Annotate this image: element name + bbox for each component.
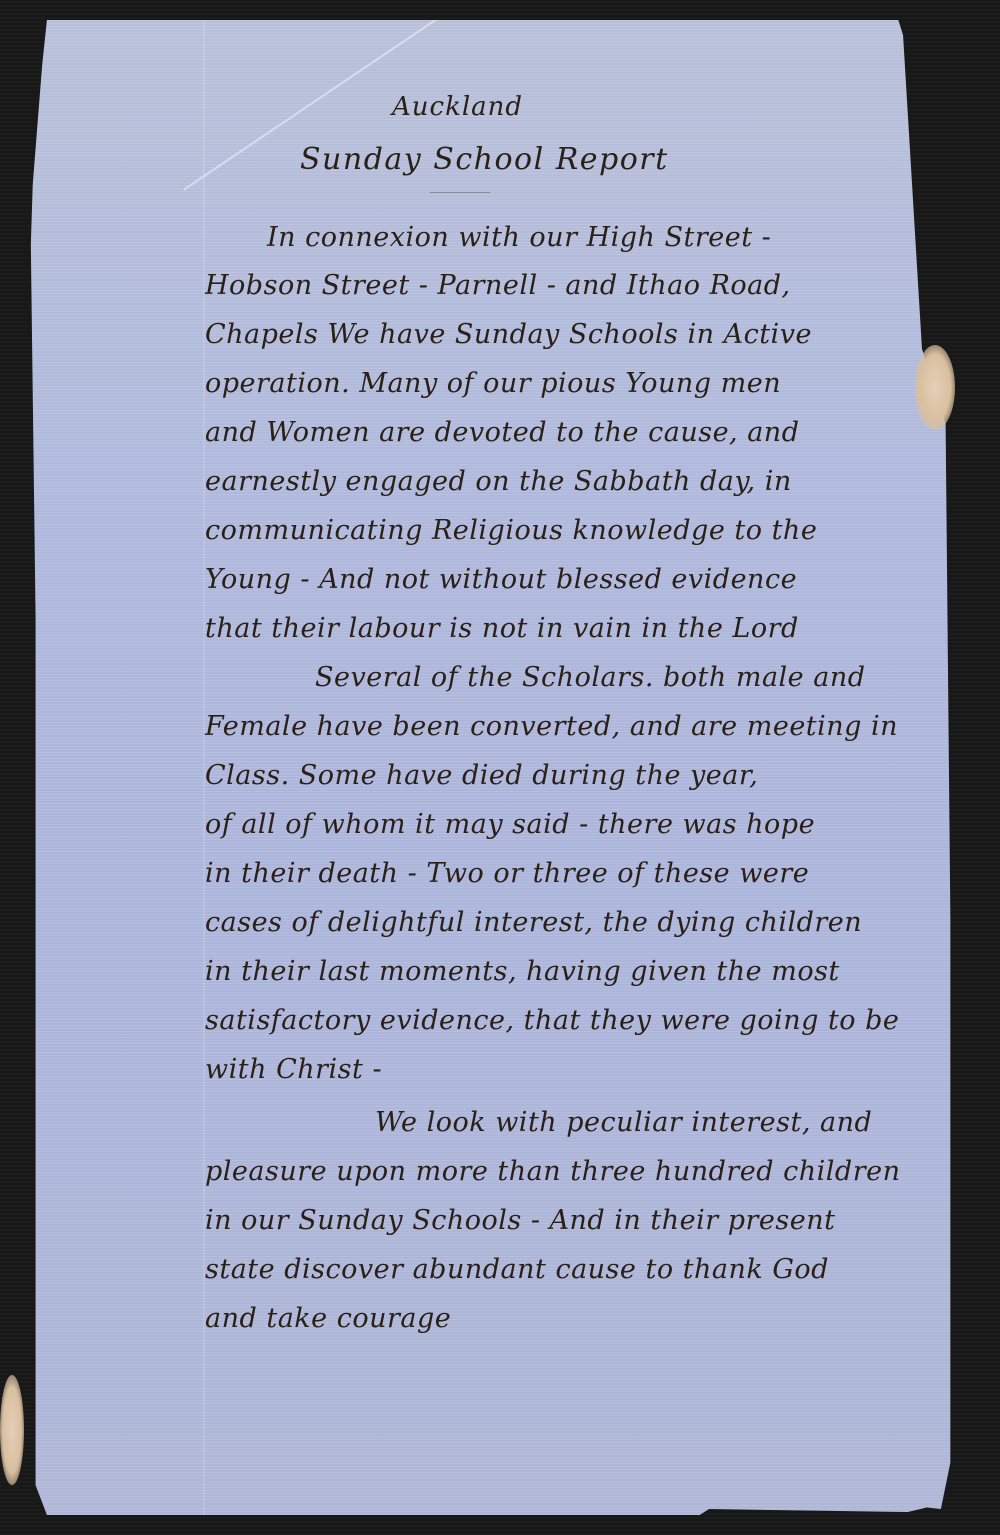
manuscript-line: pleasure upon more than three hundred ch…: [205, 1156, 900, 1212]
manuscript-line: Chapels We have Sunday Schools in Active: [205, 319, 812, 375]
manuscript-line: and take courage: [205, 1303, 451, 1359]
manuscript-line: in their last moments, having given the …: [205, 956, 840, 1012]
manuscript-line: with Christ -: [205, 1054, 382, 1110]
paper-stain-right: [915, 345, 955, 430]
manuscript-line: and Women are devoted to the cause, and: [205, 417, 799, 473]
manuscript-line: in our Sunday Schools - And in their pre…: [205, 1205, 835, 1261]
manuscript-line: of all of whom it may said - there was h…: [205, 809, 815, 865]
manuscript-line: Young - And not without blessed evidence: [205, 564, 797, 620]
manuscript-line: in their death - Two or three of these w…: [205, 858, 809, 914]
manuscript-line: Hobson Street - Parnell - and Ithao Road…: [205, 270, 791, 326]
manuscript-line: satisfactory evidence, that they were go…: [205, 1005, 899, 1061]
manuscript-line: communicating Religious knowledge to the: [205, 515, 817, 571]
manuscript-line: operation. Many of our pious Young men: [205, 368, 781, 424]
heading-title: Sunday School Report: [300, 142, 669, 177]
manuscript-line: Class. Some have died during the year,: [205, 760, 758, 816]
manuscript-line: cases of delightful interest, the dying …: [205, 907, 862, 963]
manuscript-line: We look with peculiar interest, and: [375, 1107, 872, 1163]
manuscript-line: Female have been converted, and are meet…: [205, 711, 898, 767]
paper-stain-left: [0, 1375, 24, 1485]
manuscript-line: state discover abundant cause to thank G…: [205, 1254, 829, 1310]
title-underline: [430, 192, 490, 193]
manuscript-line: earnestly engaged on the Sabbath day, in: [205, 466, 792, 522]
heading-place: Auckland: [392, 92, 523, 122]
manuscript-line: Several of the Scholars. both male and: [315, 662, 866, 718]
manuscript-line: that their labour is not in vain in the …: [205, 613, 799, 669]
